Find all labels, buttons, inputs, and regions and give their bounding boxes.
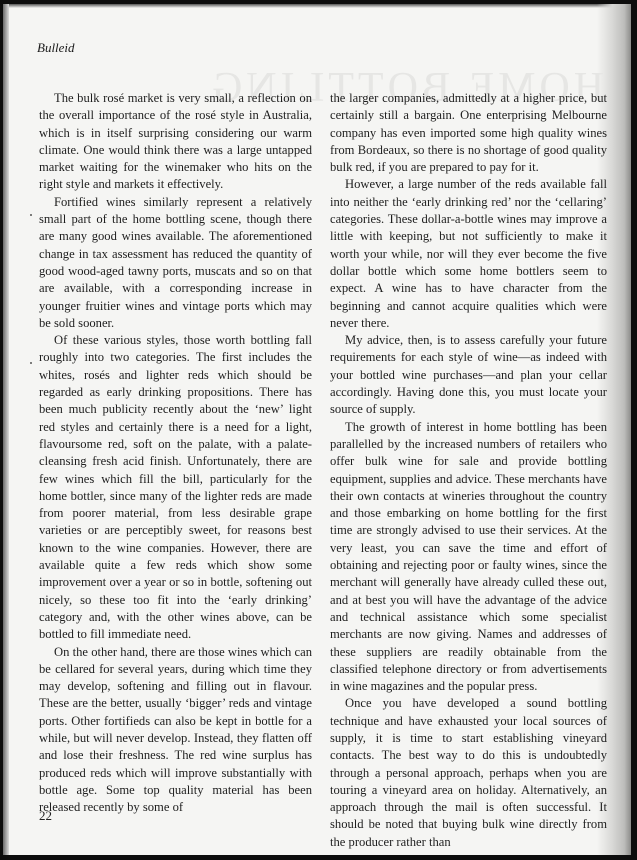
- scan-top-shadow: [3, 4, 631, 8]
- scan-speck: [30, 214, 32, 216]
- paragraph: On the other hand, there are those wines…: [39, 644, 312, 817]
- paragraph-continued: the larger companies, admittedly at a hi…: [330, 90, 607, 176]
- book-page: HOME BOTTLING Bulleid The bulk rosé mark…: [3, 4, 631, 855]
- paragraph: My advice, then, is to assess carefully …: [330, 332, 607, 418]
- right-column: the larger companies, admittedly at a hi…: [330, 90, 607, 851]
- paragraph: The growth of interest in home bottling …: [330, 419, 607, 696]
- paragraph: Fortified wines similarly represent a re…: [39, 194, 312, 332]
- running-head: Bulleid: [37, 40, 75, 56]
- page-number: 22: [39, 808, 52, 824]
- scan-speck: [30, 362, 32, 364]
- left-column: The bulk rosé market is very small, a re…: [39, 90, 312, 816]
- paragraph: However, a large number of the reds avai…: [330, 176, 607, 332]
- paragraph: Once you have developed a sound bottling…: [330, 695, 607, 851]
- scan-left-edge: [3, 4, 9, 855]
- paragraph: The bulk rosé market is very small, a re…: [39, 90, 312, 194]
- paragraph: Of these various styles, those worth bot…: [39, 332, 312, 643]
